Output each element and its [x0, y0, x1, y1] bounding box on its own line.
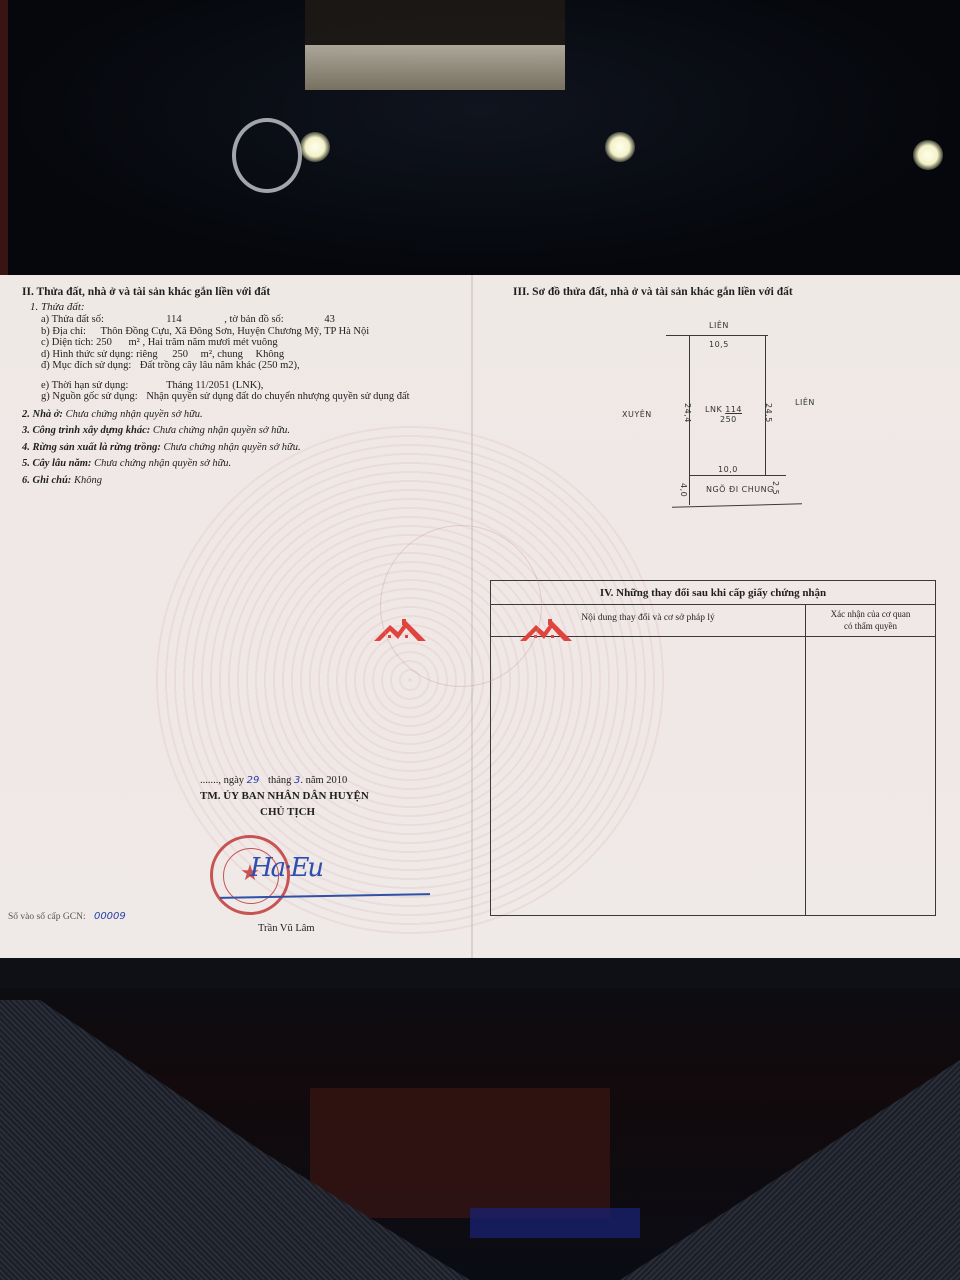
area-row: c) Diện tích: 250 m² , Hai trăm năm mươi…: [41, 337, 467, 349]
lane-left-width: 4,0: [679, 483, 688, 497]
page-fold: [471, 275, 473, 958]
lane-right-width: 2,5: [771, 481, 780, 495]
usage-form-row: d) Hình thức sử dụng: riêng 250 m², chun…: [41, 349, 467, 361]
section-iv-title: IV. Những thay đổi sau khi cấp giấy chứn…: [491, 581, 935, 605]
right-edge-length: 24,5: [764, 403, 773, 423]
origin-row: g) Nguồn gốc sử dụng: Nhận quyền sử dụng…: [41, 391, 467, 403]
usage-term-row: e) Thời hạn sử dụng: Tháng 11/2051 (LNK)…: [41, 380, 467, 392]
map-sheet-number: 43: [324, 314, 335, 326]
parcel-area: 250: [720, 415, 737, 424]
house-roof-logo-icon: [372, 617, 428, 643]
shared-lane: NGÕ ĐI CHUNG: [706, 485, 774, 494]
bottom-edge-length: 10,0: [718, 465, 738, 474]
registry-number: Số vào sổ cấp GCN: 00009: [8, 911, 126, 922]
ceiling-light-icon: [300, 132, 330, 162]
planted-forest-item: 4. Rừng sản xuất là rừng trồng: Chưa chứ…: [22, 442, 467, 455]
east-neighbor: LIÊN: [795, 398, 815, 407]
section-iii-title: III. Sơ đồ thửa đất, nhà ở và tài sản kh…: [513, 285, 953, 299]
blue-object: [470, 1208, 640, 1238]
signer-name: Trần Vũ Lâm: [258, 923, 315, 934]
ring-reflection: [232, 118, 302, 193]
parcel-number-row: a) Thửa đất số: 114 , tờ bản đồ số: 43: [41, 314, 467, 326]
section-ii-title: II. Thửa đất, nhà ở và tài sản khác gắn …: [22, 285, 467, 299]
signing-day: 29: [247, 775, 260, 786]
notes-item: 6. Ghi chú: Không: [22, 475, 467, 488]
top-edge-length: 10,5: [709, 340, 729, 349]
left-page: II. Thửa đất, nhà ở và tài sản khác gắn …: [22, 285, 467, 487]
land-subtitle: 1. Thửa đất:: [30, 301, 467, 314]
shelf: [0, 958, 960, 988]
ceiling-light-icon: [913, 140, 943, 170]
parcel-number: 114: [107, 314, 182, 326]
address-row: b) Địa chỉ: Thôn Đồng Cựu, Xã Đông Sơn, …: [41, 326, 467, 338]
changes-table-body: [491, 637, 935, 915]
red-edge: [0, 0, 8, 275]
usage-purpose-row: đ) Mục đích sử dụng: Đất trồng cây lâu n…: [41, 360, 467, 372]
lamp-fixture: [305, 0, 565, 90]
signing-block: ......., ngày 29 tháng 3. năm 2010 TM. Ủ…: [200, 775, 460, 818]
signing-date: ......., ngày 29 tháng 3. năm 2010: [200, 775, 460, 786]
background-top: [0, 0, 960, 275]
authority-confirmation-cell: [806, 637, 935, 915]
other-construction-item: 3. Công trình xây dựng khác: Chưa chứng …: [22, 425, 467, 438]
column-authority-confirmation: Xác nhận của cơ quan có thẩm quyền: [806, 605, 935, 636]
issuing-authority: TM. ỦY BAN NHÂN DÂN HUYỆN: [200, 790, 460, 802]
signer-title: CHỦ TỊCH: [260, 806, 460, 818]
right-page: III. Sơ đồ thửa đất, nhà ở và tài sản kh…: [513, 285, 953, 299]
left-edge-length: 24,4: [683, 403, 692, 423]
ceiling-light-icon: [605, 132, 635, 162]
north-neighbor: LIÊN: [709, 321, 729, 330]
signature: Ha·Eu: [250, 853, 322, 883]
house-roof-logo-icon: [518, 617, 574, 643]
land-certificate: II. Thửa đất, nhà ở và tài sản khác gắn …: [0, 275, 960, 958]
perennial-trees-item: 5. Cây lâu năm: Chưa chứng nhận quyền sở…: [22, 458, 467, 471]
west-neighbor: XUYÊN: [622, 410, 652, 419]
house-item: 2. Nhà ở: Chưa chứng nhận quyền sở hữu.: [22, 409, 467, 422]
red-object: [310, 1088, 610, 1218]
area-in-words: , Hai trăm năm mươi mét vuông: [142, 337, 277, 348]
parcel-label: LNK 114: [705, 405, 742, 414]
change-content-cell: [491, 637, 806, 915]
address-value: Thôn Đồng Cựu, Xã Đông Sơn, Huyện Chương…: [101, 326, 370, 337]
